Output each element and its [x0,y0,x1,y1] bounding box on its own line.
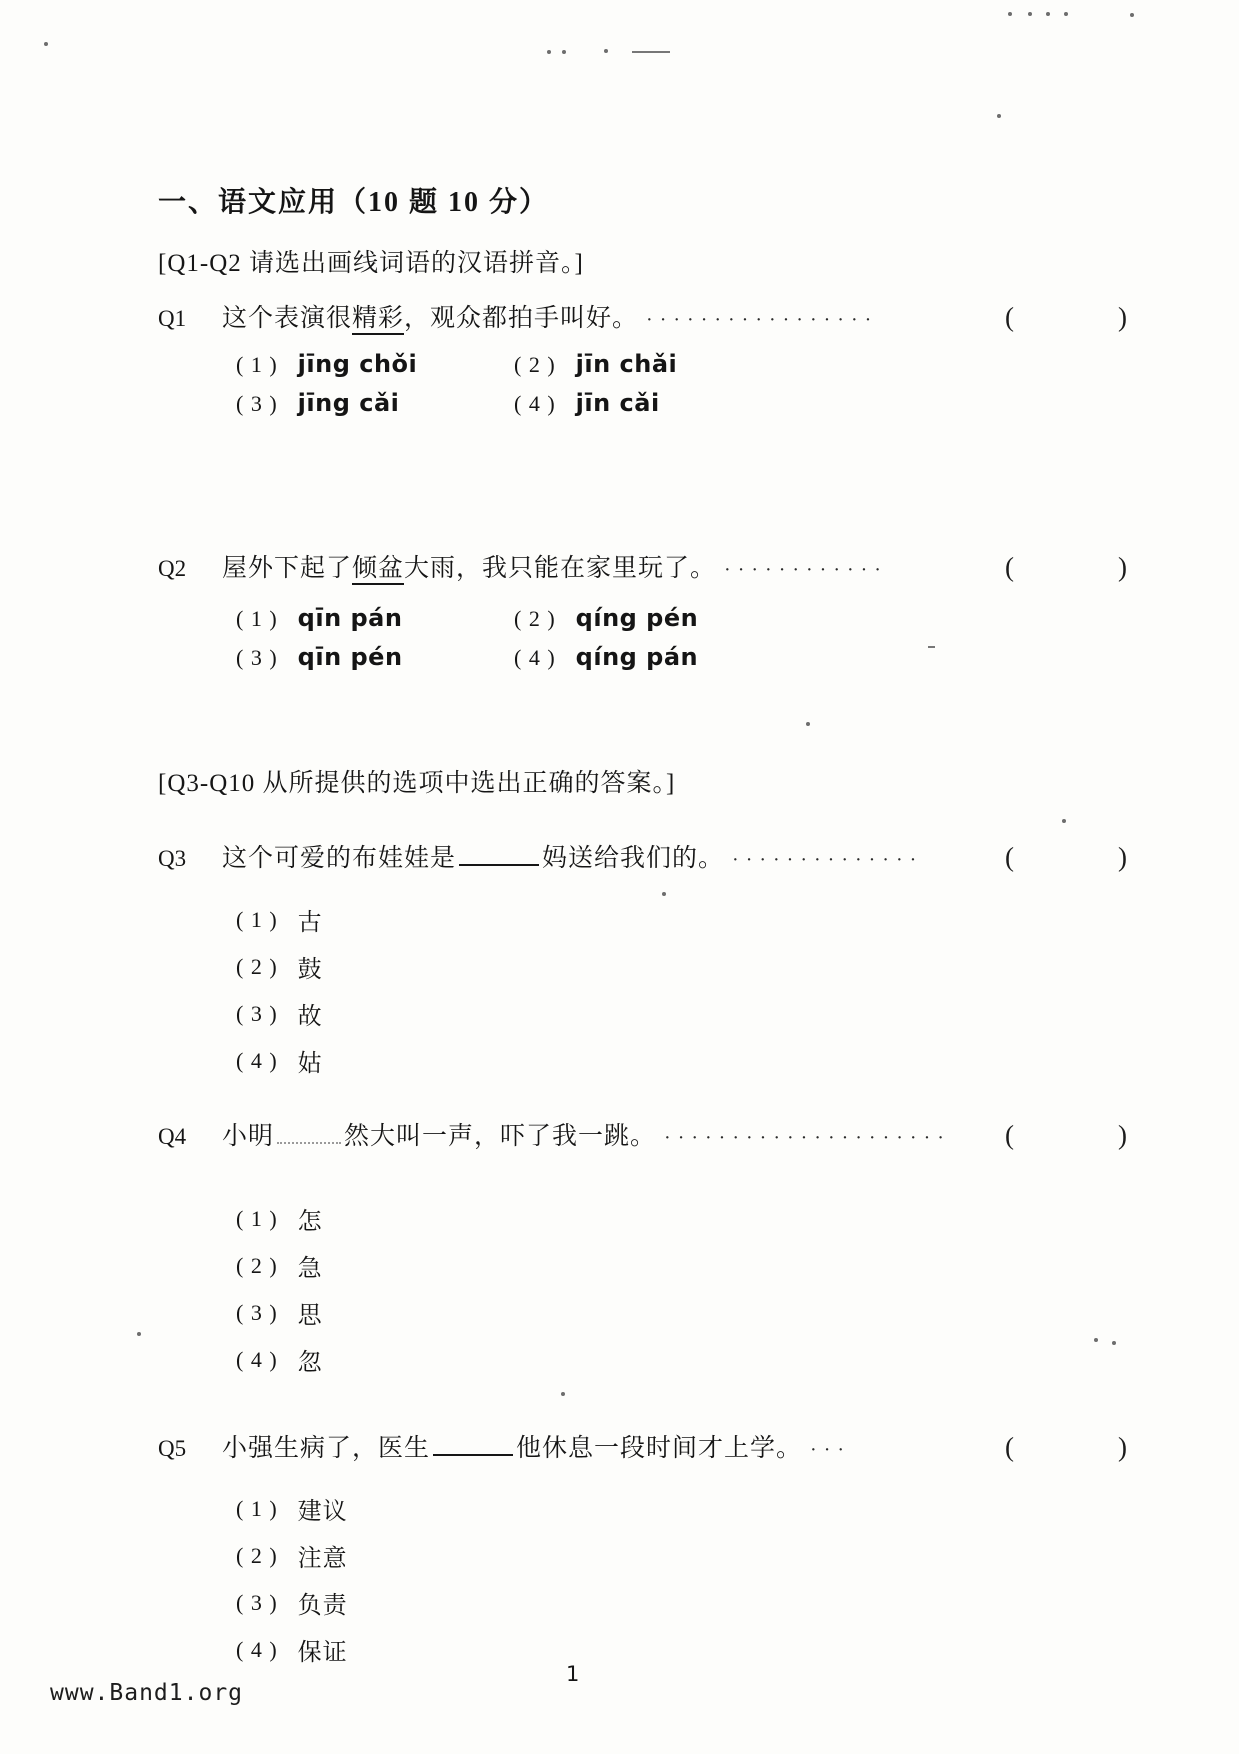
dotted-leader: ····················· [664,1127,951,1150]
paren-close: ) [1118,302,1127,333]
answer-parens: () [1005,842,1127,873]
question-text-pre: 小明 [222,1123,274,1150]
section-title: 一、语文应用（10 题 10 分） [158,180,1127,220]
question-line: Q5 小强生病了，医生他休息一段时间才上学。 ··· () [158,1428,1127,1464]
exam-page: 一、语文应用（10 题 10 分） [Q1-Q2 请选出画线词语的汉语拼音。] … [0,0,1239,1754]
paren-close: ) [1118,552,1127,583]
scan-artifact [604,49,608,53]
question-label: Q4 [158,1124,222,1150]
question-q5: Q5 小强生病了，医生他休息一段时间才上学。 ··· () ( 1 )建议 ( … [158,1428,1127,1673]
question-q2: Q2 屋外下起了倾盆大雨，我只能在家里玩了。 ············ () (… [158,548,1127,671]
scan-artifact [1062,819,1066,823]
option-text: qīn pán [298,604,403,632]
scan-artifact [1046,12,1050,16]
question-text-post: 他休息一段时间才上学。 [516,1435,802,1462]
underlined-word: 精彩 [352,305,404,335]
option-2: ( 2 )注意 [236,1532,1127,1579]
option-text: jīng chǒi [298,350,418,378]
option-3: ( 3 )思 [236,1289,1127,1336]
watermark-url: www.Band1.org [50,1680,243,1706]
question-line: Q4 小明然大叫一声，吓了我一跳。 ····················· … [158,1116,1127,1152]
underlined-word: 倾盆 [352,555,404,585]
option-2: ( 2 )qíng pén [514,604,1127,632]
option-1: ( 1 )古 [236,896,1127,943]
option-text: 思 [298,1295,323,1330]
question-label: Q1 [158,306,222,332]
option-4: ( 4 )忽 [236,1336,1127,1383]
scan-artifact [1008,12,1012,16]
dotted-leader: ··· [810,1439,851,1462]
dotted-leader: ············ [724,559,888,582]
option-text: 忽 [298,1342,323,1377]
question-text-pre: 小强生病了，医生 [222,1435,430,1462]
option-text: 鼓 [298,949,323,984]
option-3: ( 3 )负责 [236,1579,1127,1626]
options: ( 1 )古 ( 2 )鼓 ( 3 )故 ( 4 )姑 [158,896,1127,1084]
options: ( 1 )jīng chǒi ( 2 )jīn chǎi ( 3 )jīng c… [158,350,1127,417]
option-number: ( 2 ) [514,352,556,378]
option-1: ( 1 )qīn pán [236,604,514,632]
options: ( 1 )建议 ( 2 )注意 ( 3 )负责 ( 4 )保证 [158,1485,1127,1673]
question-text-pre: 屋外下起了 [222,555,352,582]
option-number: ( 3 ) [236,1300,278,1326]
question-text-pre: 这个可爱的布娃娃是 [222,845,456,872]
option-text: 急 [298,1248,323,1283]
answer-parens: () [1005,1120,1127,1151]
question-text-post: 大雨，我只能在家里玩了。 [404,555,716,582]
scan-artifact [632,51,670,53]
question-label: Q3 [158,846,222,872]
option-number: ( 2 ) [236,954,278,980]
option-2: ( 2 )jīn chǎi [514,350,1127,378]
option-text: jīng cǎi [298,389,400,417]
option-number: ( 2 ) [236,1543,278,1569]
option-text: 建议 [298,1491,348,1526]
dotted-leader: ················· [646,309,878,332]
page-number: 1 [566,1662,579,1686]
paren-open: ( [1005,842,1014,873]
question-q3: Q3 这个可爱的布娃娃是妈送给我们的。 ·············· () ( … [158,838,1127,1084]
option-1: ( 1 )怎 [236,1195,1127,1242]
question-text: 屋外下起了倾盆大雨，我只能在家里玩了。 [222,548,716,584]
answer-parens: () [1005,1432,1127,1463]
question-label: Q5 [158,1436,222,1462]
option-number: ( 4 ) [236,1048,278,1074]
question-line: Q3 这个可爱的布娃娃是妈送给我们的。 ·············· () [158,838,1127,874]
options: ( 1 )怎 ( 2 )急 ( 3 )思 ( 4 )忽 [158,1195,1127,1383]
scan-artifact [44,42,48,46]
paren-open: ( [1005,1432,1014,1463]
option-1: ( 1 )jīng chǒi [236,350,514,378]
option-number: ( 4 ) [236,1347,278,1373]
option-number: ( 2 ) [236,1253,278,1279]
scan-artifact [547,50,551,54]
option-number: ( 1 ) [236,1496,278,1522]
option-4: ( 4 )保证 [236,1626,1127,1673]
option-3: ( 3 )故 [236,990,1127,1037]
option-text: qíng pán [576,643,699,671]
option-text: 注意 [298,1538,348,1573]
option-2: ( 2 )鼓 [236,943,1127,990]
paren-close: ) [1118,842,1127,873]
answer-blank [459,864,539,866]
option-number: ( 4 ) [236,1637,278,1663]
option-number: ( 4 ) [514,391,556,417]
scan-artifact [562,50,566,54]
option-text: 保证 [298,1632,348,1667]
answer-blank [433,1454,513,1456]
question-line: Q1 这个表演很精彩，观众都拍手叫好。 ················· () [158,298,1127,334]
paren-open: ( [1005,552,1014,583]
dotted-leader: ·············· [732,849,923,872]
question-text-post: 然大叫一声，吓了我一跳。 [344,1123,656,1150]
question-text: 这个表演很精彩，观众都拍手叫好。 [222,298,638,334]
answer-blank [277,1142,341,1144]
options: ( 1 )qīn pán ( 2 )qíng pén ( 3 )qīn pén … [158,604,1127,671]
option-text: 姑 [298,1043,323,1078]
option-number: ( 4 ) [514,645,556,671]
option-text: 古 [298,902,323,937]
question-line: Q2 屋外下起了倾盆大雨，我只能在家里玩了。 ············ () [158,548,1127,584]
scan-artifact [806,722,810,726]
paren-open: ( [1005,302,1014,333]
question-text: 小明然大叫一声，吓了我一跳。 [222,1116,656,1152]
option-4: ( 4 )qíng pán [514,643,1127,671]
scan-artifact [1028,12,1032,16]
option-number: ( 3 ) [236,1001,278,1027]
option-text: jīn cǎi [576,389,660,417]
question-text: 这个可爱的布娃娃是妈送给我们的。 [222,838,724,874]
option-4: ( 4 )姑 [236,1037,1127,1084]
answer-parens: () [1005,552,1127,583]
answer-parens: () [1005,302,1127,333]
option-3: ( 3 )qīn pén [236,643,514,671]
option-2: ( 2 )急 [236,1242,1127,1289]
option-text: 负责 [298,1585,348,1620]
paren-close: ) [1118,1120,1127,1151]
option-text: qíng pén [576,604,699,632]
scan-artifact [561,1392,565,1396]
paren-close: ) [1118,1432,1127,1463]
scan-artifact [997,114,1001,118]
option-number: ( 1 ) [236,352,278,378]
option-text: 故 [298,996,323,1031]
question-q1: Q1 这个表演很精彩，观众都拍手叫好。 ················· ()… [158,298,1127,417]
option-number: ( 3 ) [236,645,278,671]
question-q4: Q4 小明然大叫一声，吓了我一跳。 ····················· … [158,1116,1127,1383]
scan-artifact [1064,12,1068,16]
question-text: 小强生病了，医生他休息一段时间才上学。 [222,1428,802,1464]
option-text: jīn chǎi [576,350,678,378]
scan-artifact [137,1332,141,1336]
instruction-q1-q2: [Q1-Q2 请选出画线词语的汉语拼音。] [158,243,1127,279]
option-text: 怎 [298,1201,323,1236]
option-number: ( 2 ) [514,606,556,632]
question-text-post: ，观众都拍手叫好。 [404,305,638,332]
question-text-pre: 这个表演很 [222,305,352,332]
option-number: ( 1 ) [236,1206,278,1232]
paren-open: ( [1005,1120,1014,1151]
option-number: ( 3 ) [236,391,278,417]
option-1: ( 1 )建议 [236,1485,1127,1532]
question-label: Q2 [158,556,222,582]
question-text-post: 妈送给我们的。 [542,845,724,872]
scan-artifact [1130,13,1134,17]
option-number: ( 3 ) [236,1590,278,1616]
option-number: ( 1 ) [236,606,278,632]
instruction-q3-q10: [Q3-Q10 从所提供的选项中选出正确的答案。] [158,763,1127,799]
option-4: ( 4 )jīn cǎi [514,389,1127,417]
option-text: qīn pén [298,643,403,671]
option-3: ( 3 )jīng cǎi [236,389,514,417]
option-number: ( 1 ) [236,907,278,933]
